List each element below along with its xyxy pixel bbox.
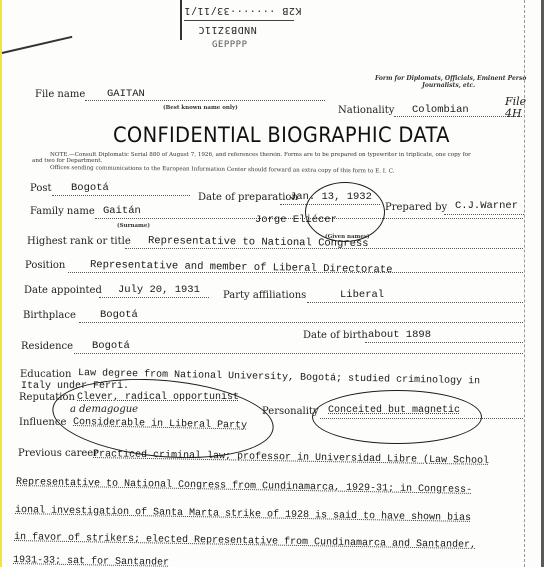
file-name-value: GAITAN xyxy=(107,88,145,100)
stamp-line-1: K2B ·······33/11/1 xyxy=(184,5,301,16)
family-name-label: Family name xyxy=(30,206,95,217)
personality-label: Personality xyxy=(262,406,319,417)
circle-mark-date xyxy=(305,182,385,242)
document-title: CONFIDENTIAL BIOGRAPHIC DATA xyxy=(113,122,450,147)
previous-career-line-5: 1931-33; sat for Santander xyxy=(13,555,169,567)
residence-value: Bogotá xyxy=(92,340,130,352)
residence-rule xyxy=(74,353,523,354)
post-label: Post xyxy=(30,183,52,194)
nationality-value: Colombian xyxy=(412,104,469,116)
previous-career-line-4: in favor of strikers; elected Representa… xyxy=(14,532,476,551)
note-line-2: and two for Department. xyxy=(32,158,102,164)
given-names-value: Jorge Eliécer xyxy=(255,214,337,226)
prepared-by-value: C.J.Warner xyxy=(455,200,518,212)
date-appointed-rule xyxy=(99,297,209,298)
file-name-note: (Best known name only) xyxy=(163,105,238,111)
residence-label: Residence xyxy=(21,341,73,352)
stamp-rule xyxy=(184,20,294,21)
highest-rank-label: Highest rank or title xyxy=(27,236,131,247)
date-of-birth-value: about 1898 xyxy=(368,329,431,341)
post-rule xyxy=(52,195,190,196)
influence-label: Influence xyxy=(19,417,66,428)
stamp-line-2: NNDB3Z11C xyxy=(198,24,257,35)
previous-career-line-2: Representative to National Congress from… xyxy=(16,477,472,496)
position-label: Position xyxy=(25,260,65,271)
birthplace-value: Bogotá xyxy=(100,309,138,321)
party-affiliations-value: Liberal xyxy=(340,289,384,301)
education-label: Education xyxy=(20,369,71,380)
previous-career-label: Previous career xyxy=(18,448,98,459)
prepared-by-label: Prepared by xyxy=(385,202,447,213)
birthplace-rule xyxy=(79,322,523,323)
date-of-birth-rule xyxy=(365,342,523,343)
scan-edge-left xyxy=(0,0,2,567)
position-value: Representative and member of Liberal Dir… xyxy=(90,259,393,276)
nationality-label: Nationality xyxy=(338,105,394,116)
date-appointed-label: Date appointed xyxy=(24,285,102,296)
date-of-preparation-label: Date of preparation xyxy=(198,192,298,203)
note-line-1: NOTE.—Consult Diplomatic Serial 880 of A… xyxy=(50,152,471,158)
fold-line xyxy=(524,0,525,567)
form-for-line-1: Form for Diplomats, Officials, Eminent P… xyxy=(375,75,526,82)
circle-mark-personality xyxy=(312,390,482,444)
prepared-by-rule xyxy=(444,214,524,215)
date-of-birth-label: Date of birth xyxy=(303,330,368,341)
surname-note: (Surname) xyxy=(117,223,150,229)
file-name-label: File name xyxy=(35,89,85,100)
party-affiliations-label: Party affiliations xyxy=(223,290,306,301)
note-line-3: Offices sending communications to the Eu… xyxy=(50,165,394,175)
stamp-border xyxy=(180,0,182,40)
pen-mark xyxy=(2,36,73,54)
form-for-line-2: Journalists, etc. xyxy=(422,82,475,89)
party-affiliations-rule xyxy=(307,302,523,303)
nationality-rule xyxy=(394,116,522,117)
family-name-value: Gaitán xyxy=(103,205,141,217)
previous-career-line-3: ional investigation of Santa Marta strik… xyxy=(15,505,471,524)
post-value: Bogotá xyxy=(71,182,109,194)
margin-note: File 4H xyxy=(505,96,535,120)
stamp-line-3: GEPPPP xyxy=(212,40,248,50)
previous-career-line-1: Practiced criminal law; professor in Uni… xyxy=(93,449,489,467)
date-appointed-value: July 20, 1931 xyxy=(118,284,200,296)
birthplace-label: Birthplace xyxy=(23,310,76,321)
file-name-rule xyxy=(85,100,325,101)
